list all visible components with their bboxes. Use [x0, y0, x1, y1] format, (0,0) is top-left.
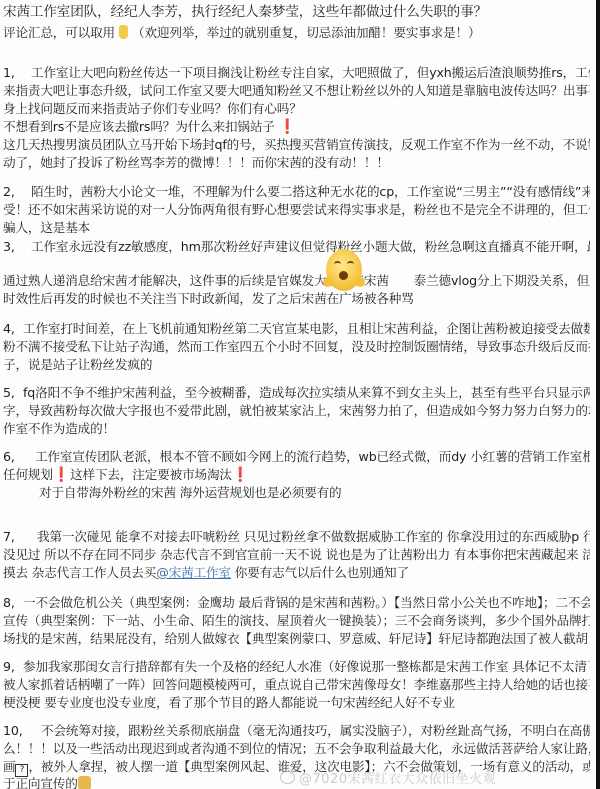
- exclamation-icon: ❗: [232, 467, 249, 483]
- item-2-line-2: 受！还不如宋茜采访说的对一人分饰两角很有野心想要尝试来得实事求是，粉丝也不是完全…: [3, 201, 590, 218]
- weibo-logo-icon: [280, 771, 295, 784]
- exclamation-icon: ❗: [279, 119, 296, 135]
- item-6-line-3: 对于自带海外粉丝的宋茜 海外运营规划也是必须要有的: [3, 484, 590, 501]
- item-6-line-2: 任何规划❗这样下去，注定要被市场淘汰❗: [3, 466, 590, 484]
- item-5-line-1: 5,fq洛阳不争不维护宋茜利益，至今被糊番，造成每次拉实绩从来算不到女主头上，甚…: [3, 384, 590, 401]
- item-9-line-1: 9,参加我家那闺女言行措辞都有失一个及格的经纪人水准（好像说那一整栋都是宋茜工作…: [3, 658, 590, 675]
- studio-mention-link[interactable]: @宋茜工作室: [156, 565, 231, 580]
- item-7-line-1: 7,我第一次碰见 能拿不对接去吓唬粉丝 只见过粉丝拿不做数据威胁工作室的 你拿没…: [3, 528, 590, 545]
- pointing-down-hand-icon: [119, 25, 128, 39]
- item-7-line-2: 没见过 所以不存在同不同步 杂志代言不到官宣前一天不说 说也是为了让茜粉出力 有…: [3, 546, 590, 563]
- happy-face-emoji-icon: [326, 249, 362, 291]
- item-4-line-2: 粉不满不接受私下让站子沟通，然而工作室四五个小时不回复，没及时控制饭圈情绪，导致…: [3, 338, 590, 355]
- emoji-square-icon: [78, 776, 91, 789]
- screen-edge-border: [596, 0, 600, 789]
- item-1-line-3: 身上找问题反而来指责站子你们专业吗？你们有心吗？: [3, 100, 590, 117]
- item-1-line-6: 动了，她封了投诉了粉丝骂李芳的微博！！！而你宋茜的没有动！！！: [3, 154, 590, 171]
- subtitle: 评论汇总，可以取用（欢迎列举，举过的就别重复，切忌添油加醋！要实事求是！）: [3, 24, 590, 41]
- item-1-line-1: 1,工作室让大吧向粉丝传达一下项目搁浅让粉丝专注自家，大吧照做了，但yxh搬运后…: [3, 64, 590, 81]
- item-3-line-3: 时效性后再发的时候也不关注当下时政新闻，发了之后宋茜在广场被各种骂: [3, 290, 590, 307]
- item-2-line-3: 骗人，这是基本: [3, 219, 590, 236]
- page-title: 宋茜工作室团队，经纪人李芳，执行经纪人秦梦莹，这些年都做过什么失职的事？: [3, 3, 590, 21]
- item-5-line-3: 作室不作为造成的！: [3, 420, 590, 437]
- item-1-line-5: 这几天热搜男演员团队立马开始下场封qf的号，买热搜买营销宣传演技，反观工作室不作…: [3, 136, 590, 153]
- item-4-line-3: 子，说是站子让粉丝发疯的: [3, 356, 590, 373]
- item-5-line-2: 字，导致茜粉每次做大字报也不爱带此剧，就怕被某家沾上，宋茜努力拍了，但造成如今努…: [3, 402, 590, 419]
- item-7-line-3: 摸去 杂志代言工作人员去买@宋茜工作室 你要有志气以后什么也别通知了: [3, 564, 590, 581]
- document-page: 宋茜工作室团队，经纪人李芳，执行经纪人秦梦莹，这些年都做过什么失职的事？ 评论汇…: [0, 0, 596, 789]
- item-10-line-2: 么！！！以及一些活动出现迟到或者沟通不到位的情况；五不会争取利益最大化，永远做活…: [3, 740, 590, 757]
- item-3-line-2: 通过熟人递消息给宋茜才能解决，这件事的后续是官媒发大字报夸宋茜 泰兰德vlog分…: [3, 272, 590, 289]
- item-8-line-3: 场找的是宋茜，结果屁没有，给别人做嫁衣【典型案例蒙口、罗意威、轩尼诗】轩尼诗都跑…: [3, 630, 590, 647]
- item-9-line-3: 梗没梗 要专业度也没专业度，看了那个节目的路人都能说一句宋茜经纪人好不专业: [3, 694, 590, 711]
- item-9-line-2: 被人家抓着话柄嘲了一阵）回答问题模棱两可，重点说自己带宋茜像母女！李维嘉那些主持…: [3, 676, 590, 693]
- item-3-line-1: 3,工作室永远没有zz敏感度，hm那次粉丝好声建议但觉得粉丝小题大做，粉丝急啊这…: [3, 238, 590, 255]
- item-2-line-1: 2,陌生时，茜粉大小论文一堆，不理解为什么要二搭这种无水花的cp，工作室说“三男…: [3, 183, 590, 200]
- item-10-line-1: 10,不会统筹对接，跟粉丝关系彻底崩盘（毫无沟通技巧，属实没脑子），对粉丝趾高气…: [3, 722, 590, 739]
- exclamation-icon: ❗: [53, 467, 70, 483]
- item-1-line-4: 不想看到rs不是应该去撤rs吗？为什么来扣锅站子 ❗: [3, 118, 590, 136]
- item-8-line-2: 宣传（典型案例：下一站、小生命、陌生的演技、屋顶着火一键换装）；三不会商务谈判，…: [3, 612, 590, 629]
- weibo-watermark: @7020宋茜红衣大众依旧坐火观: [280, 768, 496, 787]
- item-6-line-1: 6,工作室宣传团队老派，根本不管不顾如今网上的流行趋势，wb已经式微，而dy 小…: [3, 448, 590, 465]
- item-8-line-1: 8,一不会做危机公关（典型案例：金鹰劫 最后背锅的是宋茜和茜粉。）【当然日常小公…: [3, 594, 590, 611]
- item-1-line-2: 来指责大吧让事态升级，试问工作室又要大吧通知粉丝又不想让粉丝以外的人知道是靠脑电…: [3, 82, 590, 99]
- item-4-line-1: 4,工作室打时间差，在上飞机前通知粉丝第二天官宣某电影，且相让宋茜利益，企图让茜…: [3, 320, 590, 337]
